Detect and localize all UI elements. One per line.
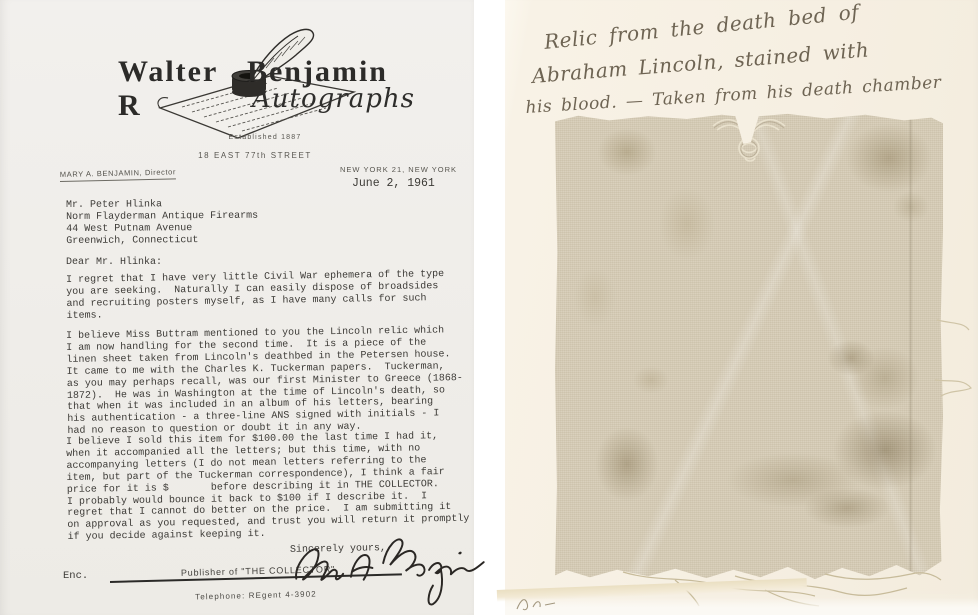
letterhead-established: Established 1887 (200, 134, 330, 141)
letterhead-street: 18 EAST 77th STREET (165, 151, 345, 160)
loose-thread (933, 300, 973, 420)
letterhead-name-gap (223, 55, 247, 123)
letter-date: June 2, 1961 (352, 178, 435, 190)
letterhead-autographs: Autographs (252, 84, 415, 114)
letterhead-city: NEW YORK 21, NEW YORK (340, 165, 460, 174)
letter-scan: Walter R Benjamin Autographs Established… (0, 0, 474, 615)
enclosure-note: Enc. (63, 571, 88, 583)
salutation: Dear Mr. Hlinka: (66, 257, 162, 269)
body-paragraph-2: I believe Miss Buttram mentioned to you … (66, 325, 480, 438)
letterhead-director: MARY A. BENJAMIN, Director (60, 167, 176, 182)
embossed-crest-icon (707, 112, 793, 170)
body-paragraph-1: I regret that I have very little Civil W… (66, 269, 479, 323)
recipient-address: Mr. Peter Hlinka Norm Flayderman Antique… (66, 199, 258, 248)
signature-mary-a-benjamin (292, 526, 488, 608)
relic-scan: Relic from the death bed of Abraham Linc… (505, 0, 978, 615)
letterhead-name-left: Walter R (118, 55, 223, 123)
linen-relic-swatch (555, 112, 943, 580)
pencil-scribble (513, 593, 583, 613)
